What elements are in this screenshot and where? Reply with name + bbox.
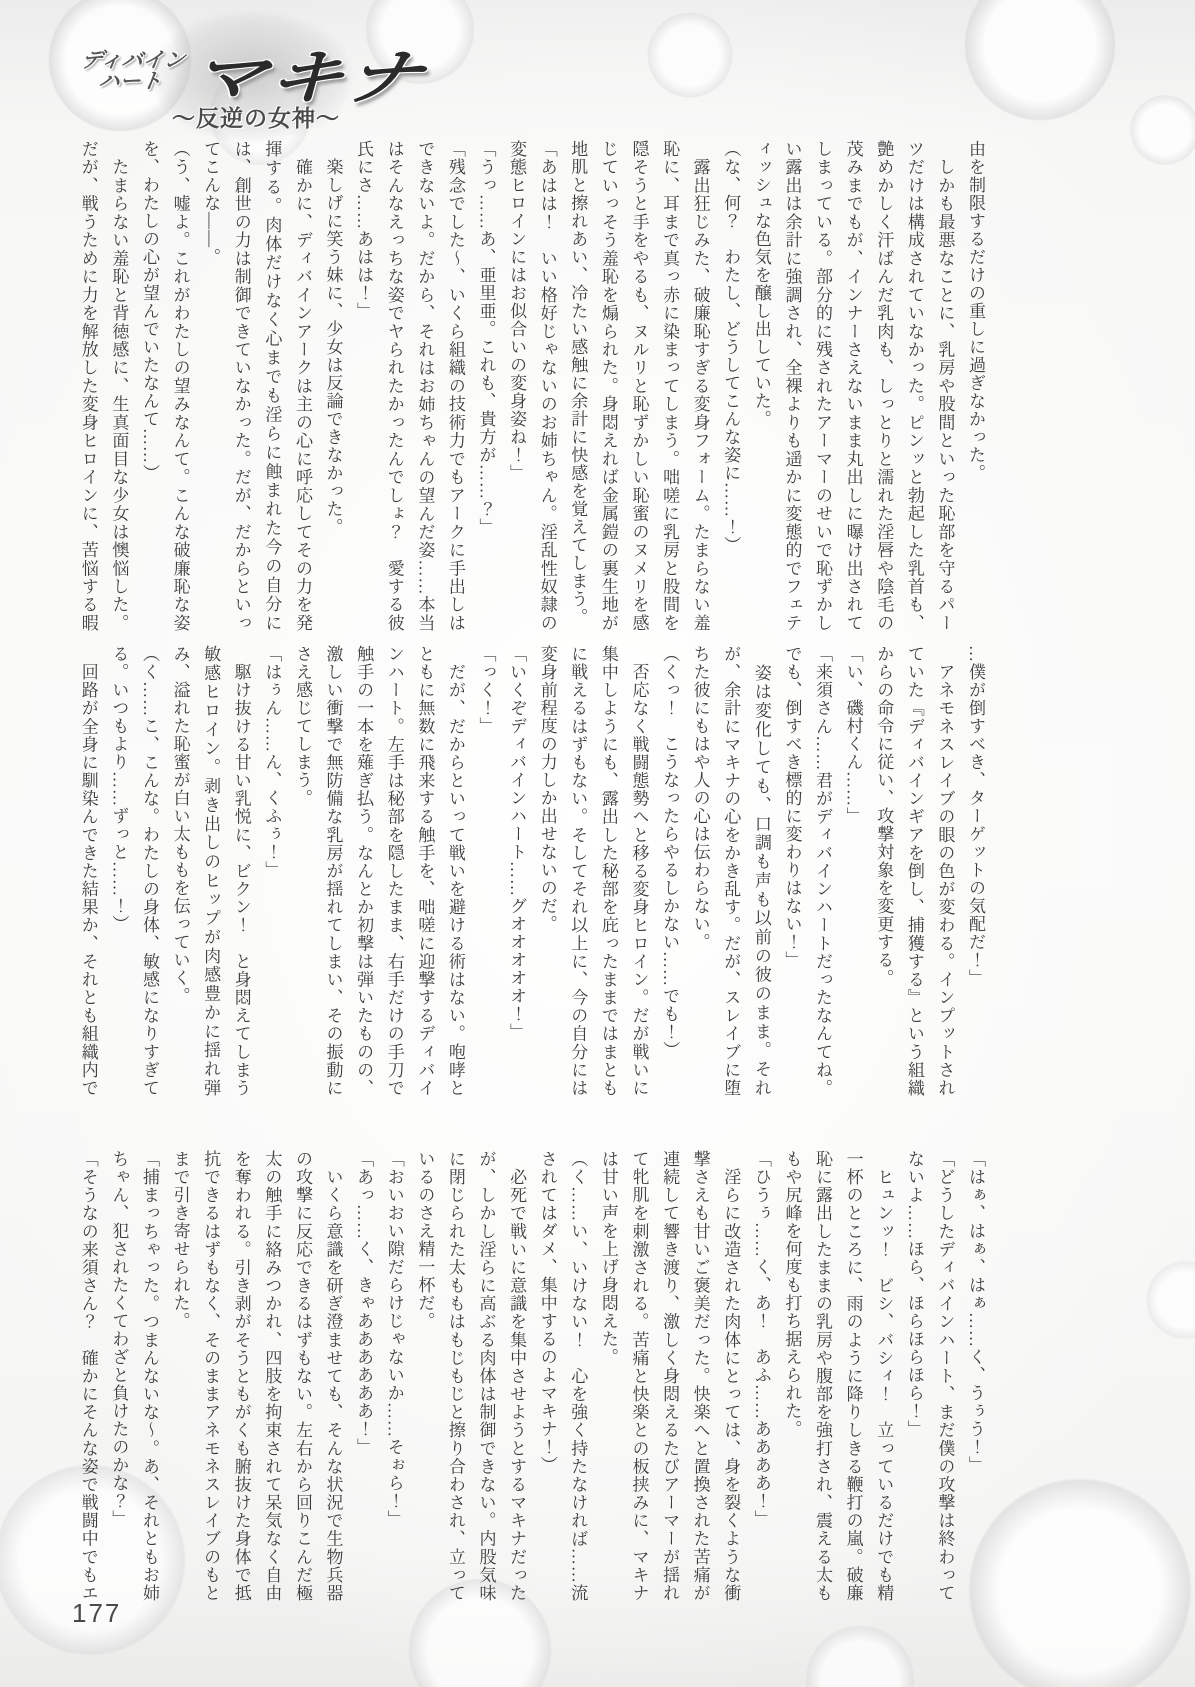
paragraph: 楽しげに笑う妹に、少女は反論できなかった。 — [317, 140, 348, 632]
paragraph: 「来須さん……君がディバインハートだったなんてね。でも、倒すべき標的に変わりはな… — [776, 645, 837, 1097]
paragraph: 「残念でした～、いくら組織の技術力でもアークに手出しはできないよ。だから、それは… — [348, 140, 470, 632]
paragraph: 「い、磯村くん……」 — [837, 645, 868, 1097]
paragraph: （う、嘘よ。これがわたしの望みなんて。こんな破廉恥な姿を、わたしの心が望んでいた… — [133, 140, 194, 632]
paragraph: 駆け抜ける甘い乳悦に、ビクン！ と身悶えてしまう敏感ヒロイン。剥き出しのヒップが… — [164, 645, 256, 1097]
logo-subtitle: ～反逆の女神～ — [172, 100, 340, 133]
page-number: 177 — [72, 1598, 121, 1629]
paragraph: （く……い、いけない！ 心を強く持たなければ……流されてはダメ、集中するのよマキ… — [531, 1150, 592, 1602]
paragraph: 淫らに改造された肉体にとっては、身を裂くような衝撃さえも甘いご褒美だった。快楽へ… — [592, 1150, 745, 1602]
paragraph: 「いくぞディバインハート……グオオオオオ！」 — [501, 645, 532, 1097]
paragraph: 姿は変化しても、口調も声も以前の彼のまま。それが、余計にマキナの心をかき乱す。だ… — [684, 645, 776, 1097]
paragraph: 露出狂じみた、破廉恥すぎる変身フォーム。たまらない羞恥に、耳まで真っ赤に染まって… — [562, 140, 715, 632]
logo-title-small: ディバイン ハート — [77, 50, 186, 92]
text-block-top: 由を制限するだけの重しに過ぎなかった。 しかも最悪なことに、乳房や股間といった恥… — [80, 140, 990, 632]
paragraph: 「はぅん……ん、くふぅ！」 — [256, 645, 287, 1097]
paragraph: 由を制限するだけの重しに過ぎなかった。 — [959, 140, 990, 632]
paragraph: （くっ！ こうなったらやるしかない……でも！） — [653, 645, 684, 1097]
scanned-novel-page: { "logo": { "title_small_1": "ディバイン", "t… — [0, 0, 1195, 1687]
paragraph: たまらない羞恥と背徳感に、生真面目な少女は懊悩した。だが、戦うために力を解放した… — [80, 140, 133, 632]
paragraph: 「捕まっちゃった。つまんないな～。あ、それともお姉ちゃん、犯されたくてわざと負け… — [103, 1150, 164, 1602]
logo-title-line1: ディバイン — [80, 50, 186, 71]
paragraph: 確かに、ディバインアークは主の心に呼応してその力を発揮する。肉体だけなく心までも… — [195, 140, 317, 632]
series-logo: ディバイン ハート マキナ ～反逆の女神～ — [62, 22, 392, 132]
paragraph: 「っく！」 — [470, 645, 501, 1097]
paragraph: 「あっ……く、きゃああああああ！」 — [348, 1150, 379, 1602]
paragraph: （く……こ、こんな。わたしの身体、敏感になりすぎてる。いつもより……ずっと……！… — [103, 645, 164, 1097]
paragraph: （な、何？ わたし、どうしてこんな姿に……！） — [715, 140, 746, 632]
logo-title-line2: ハート — [77, 71, 183, 92]
paragraph: 「うっ……あ、亜里亜。これも、貴方が……？」 — [470, 140, 501, 632]
paragraph: アネモネスレイブの眼の色が変わる。インプットされていた『ディバインギアを倒し、捕… — [868, 645, 960, 1097]
paragraph: 必死で戦いに意識を集中させようとするマキナだったが、しかし淫らに高ぶる肉体は制御… — [409, 1150, 531, 1602]
paragraph: しかも最悪なことに、乳房や股間といった恥部を守るパーツだけは構成されていなかった… — [745, 140, 959, 632]
paragraph: ヒュンッ！ ビシ、バシィ！ 立っているだけでも精一杯のところに、雨のように降りし… — [776, 1150, 898, 1602]
text-block-bottom: 「はぁ、はぁ、はぁ……く、うぅう！」「どうしたディバインハート、まだ僕の攻撃は終… — [80, 1150, 990, 1602]
paragraph: 「どうしたディバインハート、まだ僕の攻撃は終わってないよ……ほら、ほらほらほら！… — [898, 1150, 959, 1602]
paragraph: 回路が全身に馴染んできた結果か、それとも組織内での調教の影響なのか。再改造された… — [80, 645, 103, 1097]
paragraph: だが、だからといって戦いを避ける術はない。咆哮とともに無数に飛来する触手を、咄嗟… — [286, 645, 470, 1097]
paragraph: 「そうなの来須さん？ 確かにそんな姿で戦闘中でもエッチな声上げたしね。もっと真面… — [80, 1150, 103, 1602]
paragraph: いくら意識を研ぎ澄ませても、そんな状況で生物兵器の攻撃に反応できるはずもない。左… — [164, 1150, 348, 1602]
paragraph: 「はぁ、はぁ、はぁ……く、うぅう！」 — [959, 1150, 990, 1602]
text-block-middle: …僕が倒すべき、ターゲットの気配だ！」 アネモネスレイブの眼の色が変わる。インプ… — [80, 645, 990, 1097]
paragraph: 「あはは！ いい格好じゃないのお姉ちゃん。淫乱性奴隷の変態ヒロインにはお似合いの… — [501, 140, 562, 632]
paragraph: 否応なく戦闘態勢へと移る変身ヒロイン。だが戦いに集中しようにも、露出した秘部を庇… — [531, 645, 653, 1097]
paragraph: 「おいおい隙だらけじゃないか……そぉら！」 — [378, 1150, 409, 1602]
paragraph: …僕が倒すべき、ターゲットの気配だ！」 — [959, 645, 990, 1097]
paragraph: 「ひうぅ……く、あ！ あふ……ああああ！」 — [745, 1150, 776, 1602]
